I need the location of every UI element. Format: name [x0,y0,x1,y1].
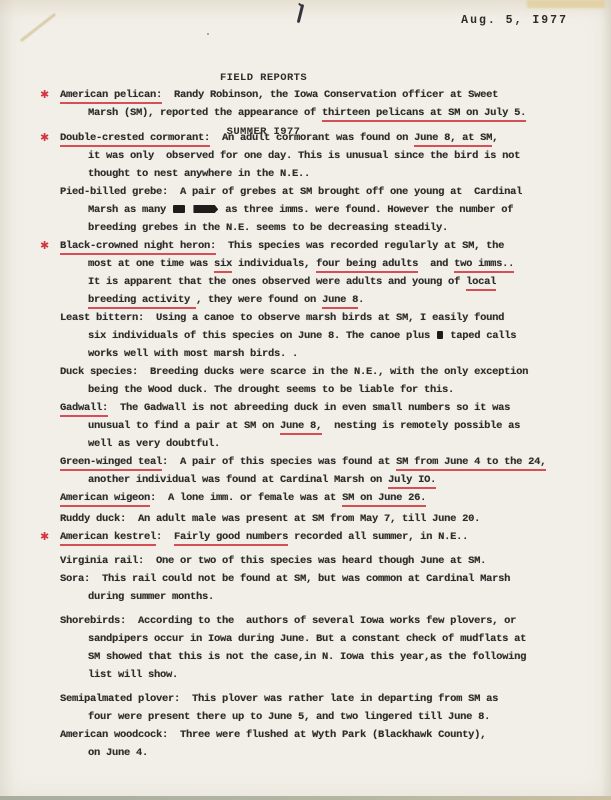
text-run: The Gadwall is not abreeding duck in eve… [108,402,510,414]
report-line: Semipalmated plover: This plover was rat… [60,690,580,708]
red-underlined-text: Double-crested cormorant: [60,132,210,147]
red-underlined-text: six [214,258,232,273]
text-run: Randy Robinson, the Iowa Conservation of… [162,89,498,101]
red-underlined-text: Gadwall: [60,402,108,417]
report-line: it was only observed for one day. This i… [60,147,580,165]
red-underlined-text: breeding activity [88,294,196,309]
report-line: during summer months. [60,588,580,606]
report-line: most at one time was six individuals, fo… [60,255,580,273]
text-run: it was only observed for one day. This i… [88,150,520,162]
report-line: on June 4. [60,744,580,762]
report-line: American wigeon: A lone imm. or female w… [60,489,580,507]
report-line: Green-winged teal: A pair of this specie… [60,453,580,471]
report-line: Duck species: Breeding ducks were scarce… [60,363,580,381]
report-line: Gadwall: The Gadwall is not abreeding du… [60,399,580,417]
report-line: breeding grebes in the N.E. seems to be … [60,219,580,237]
red-underlined-text: thirteen pelicans at SM on July 5. [322,107,526,122]
red-asterisk-mark: ✱ [40,129,49,147]
blackout-redaction-mark [173,205,185,213]
red-underlined-text: Green-winged teal [60,456,162,471]
red-underlined-text: Fairly good numbers [174,531,288,546]
red-underlined-text: June 8 [322,294,358,309]
report-line: breeding activity , they were found on J… [60,291,580,309]
text-run: Pied-billed grebe: A pair of grebes at S… [60,186,522,198]
text-run: , they were found on [196,294,322,306]
text-run: unusual to find a pair at SM on [88,420,280,432]
text-run: list will show. [88,669,178,681]
text-run: Semipalmated plover: This plover was rat… [60,693,498,705]
report-line: sandpipers occur in Iowa during June. Bu… [60,630,580,648]
text-run: well as very doubtful. [88,438,220,450]
report-line: SM showed that this is not the case,in N… [60,648,580,666]
red-asterisk-mark: ✱ [40,528,49,546]
text-run: sandpipers occur in Iowa during June. Bu… [88,633,526,645]
text-run: American woodcock: Three were flushed at… [60,729,486,741]
text-run: breeding grebes in the N.E. seems to be … [88,222,448,234]
text-run: Marsh (SM), reported the appearance of [88,107,322,119]
report-line: ✱American kestrel: Fairly good numbers r… [60,528,580,546]
text-run [186,204,192,216]
report-line: Least bittern: Using a canoe to observe … [60,309,580,327]
text-run: thought to nest anywhere in the N.E.. [88,168,310,180]
text-run: recorded all summer, in N.E.. [288,531,468,543]
text-run: Duck species: Breeding ducks were scarce… [60,366,528,378]
text-run: It is apparent that the ones observed we… [88,276,466,288]
text-run: An adult cormorant was found on [210,132,414,144]
red-underlined-text: July IO. [388,474,436,489]
red-underlined-text: four being adults [316,258,418,273]
report-line: ✱Double-crested cormorant: An adult corm… [60,129,580,147]
red-asterisk-mark: ✱ [40,86,49,104]
text-run: : A pair of this species was found at [162,456,396,468]
text-run: during summer months. [88,591,214,603]
text-run: : A lone imm. or female was at [150,492,342,504]
text-run: and [418,258,454,270]
text-run: taped calls [444,330,516,342]
text-run: Shorebirds: According to the authors of … [60,615,516,627]
text-run: Virginia rail: One or two of this specie… [60,555,486,567]
red-underlined-text: two imms.. [454,258,514,273]
red-underlined-text: Black-crowned night heron: [60,240,216,255]
text-run: six individuals of this species on June … [88,330,436,342]
report-line: four were present there up to June 5, an… [60,708,580,726]
red-underlined-text: June 8, at SM [414,132,492,147]
text-run: as three imms. were found. However the n… [219,204,513,216]
report-line: thought to nest anywhere in the N.E.. [60,165,580,183]
report-line: American woodcock: Three were flushed at… [60,726,580,744]
handwritten-page-number-mark [297,4,304,23]
report-line: ✱Black-crowned night heron: This species… [60,237,580,255]
red-underlined-text: June 8, [280,420,322,435]
report-line: Virginia rail: One or two of this specie… [60,552,580,570]
report-body: ✱American pelican: Randy Robinson, the I… [60,86,580,762]
report-line: Ruddy duck: An adult male was present at… [60,510,580,528]
text-run: Marsh as many [88,204,172,216]
report-line: six individuals of this species on June … [60,327,580,345]
red-underlined-text: local [466,276,496,291]
report-line: well as very doubtful. [60,435,580,453]
document-date: Aug. 5, I977 [461,14,568,27]
report-line: being the Wood duck. The drought seems t… [60,381,580,399]
text-run: , [492,132,498,144]
report-line: works well with most marsh birds. . [60,345,580,363]
report-line: list will show. [60,666,580,684]
report-line: ✱American pelican: Randy Robinson, the I… [60,86,580,104]
report-line: Pied-billed grebe: A pair of grebes at S… [60,183,580,201]
red-asterisk-mark: ✱ [40,237,49,255]
text-run: on June 4. [88,747,148,759]
blackout-redaction-mark [437,331,443,339]
report-line: Shorebirds: According to the authors of … [60,612,580,630]
blackout-redaction-mark [193,205,218,213]
red-underlined-text: American wigeon [60,492,150,507]
report-line: another individual was found at Cardinal… [60,471,580,489]
report-line: Marsh as many as three imms. were found.… [60,201,580,219]
text-run: Least bittern: Using a canoe to observe … [60,312,504,324]
report-line: Sora: This rail could not be found at SM… [60,570,580,588]
text-run: another individual was found at Cardinal… [88,474,388,486]
scanned-document-page: Aug. 5, I977 FIELD REPORTS SUMMER I977 ✱… [0,0,611,800]
text-run: This species was recorded regularly at S… [216,240,504,252]
text-run: : [156,531,174,543]
red-underlined-text: SM from June 4 to the 24, [396,456,546,471]
scan-bottom-edge [0,796,611,800]
text-run: most at one time was [88,258,214,270]
document-title: FIELD REPORTS [0,69,569,87]
red-underlined-text: American pelican: [60,89,162,104]
text-run: individuals, [232,258,316,270]
text-run: works well with most marsh birds. . [88,348,298,360]
red-underlined-text: SM on June 26. [342,492,426,507]
tape-residue-mark [527,0,605,8]
report-line: It is apparent that the ones observed we… [60,273,580,291]
text-run: . [358,294,364,306]
text-run: Ruddy duck: An adult male was present at… [60,513,480,525]
report-line: Marsh (SM), reported the appearance of t… [60,104,580,122]
text-run: four were present there up to June 5, an… [88,711,490,723]
red-underlined-text: American kestrel [60,531,156,546]
text-run: Sora: This rail could not be found at SM… [60,573,510,585]
text-run: SM showed that this is not the case,in N… [88,651,526,663]
report-line: unusual to find a pair at SM on June 8, … [60,417,580,435]
text-run: nesting is remotely possible as [322,420,520,432]
text-run: being the Wood duck. The drought seems t… [88,384,454,396]
